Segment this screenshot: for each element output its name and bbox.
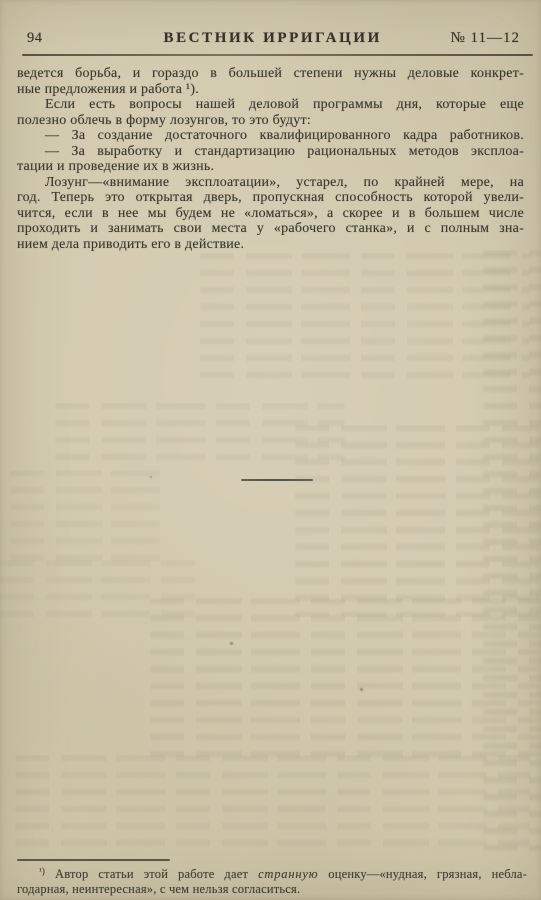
paper-speck [360,688,363,691]
issue-number: № 11—12 [450,30,520,47]
section-divider [241,479,313,481]
bleedthrough-texture [200,253,530,381]
bleedthrough-texture [150,598,540,768]
body-line: чится, если в нее мы будем не «ломаться»… [17,206,524,222]
footnote-text-italic: странную [258,867,318,881]
body-line: — За создание достаточного квалифицирова… [17,128,524,144]
header-rule [22,54,533,56]
footnote-text: Автор статьи этой работе дает [45,867,258,881]
body-line: — За выработку и стандартизацию рационал… [17,144,524,160]
bleedthrough-texture [0,560,205,628]
body-line: проходить и занимать свои места у «рабоч… [17,221,524,237]
footnote-rule [17,859,170,861]
body-line: Лозунг—«внимание эксплоатации», устарел,… [17,175,524,191]
scanned-journal-page: 94 ВЕСТНИК ИРРИГАЦИИ № 11—12 ведется бор… [0,0,541,900]
paper-speck [150,476,152,478]
article-body: ведется борьба, и гораздо в большей степ… [17,66,524,252]
footnote: ¹) Автор статьи этой работе дает странну… [17,864,527,897]
bleedthrough-texture [10,470,160,562]
body-line: ведется борьба, и гораздо в большей степ… [17,66,524,82]
page-header: 94 ВЕСТНИК ИРРИГАЦИИ № 11—12 [0,30,541,50]
bleedthrough-texture [15,755,530,853]
body-line: ные предложения и работа ¹). [17,82,524,98]
body-line: Если есть вопросы нашей деловой программ… [17,97,524,113]
body-line: полезно облечь в форму лозунгов, то это … [17,113,524,129]
footnote-line: ¹) Автор статьи этой работе дает странну… [17,864,527,882]
bleedthrough-texture [483,250,541,860]
bleedthrough-texture [295,425,540,617]
footnote-line: годарная, неинтересная», с чем нельзя со… [17,882,527,897]
journal-title: ВЕСТНИК ИРРИГАЦИИ [163,30,381,47]
bleedthrough-texture [55,403,345,467]
body-line: тации и проведение их в жизнь. [17,159,524,175]
page-number: 94 [27,30,43,47]
body-line: год. Теперь это открытая дверь, пропускн… [17,190,524,206]
paper-speck [230,642,233,645]
body-line: нием дела приводить его в действие. [17,237,524,253]
footnote-text: оценку—«нудная, грязная, небла- [318,867,527,881]
